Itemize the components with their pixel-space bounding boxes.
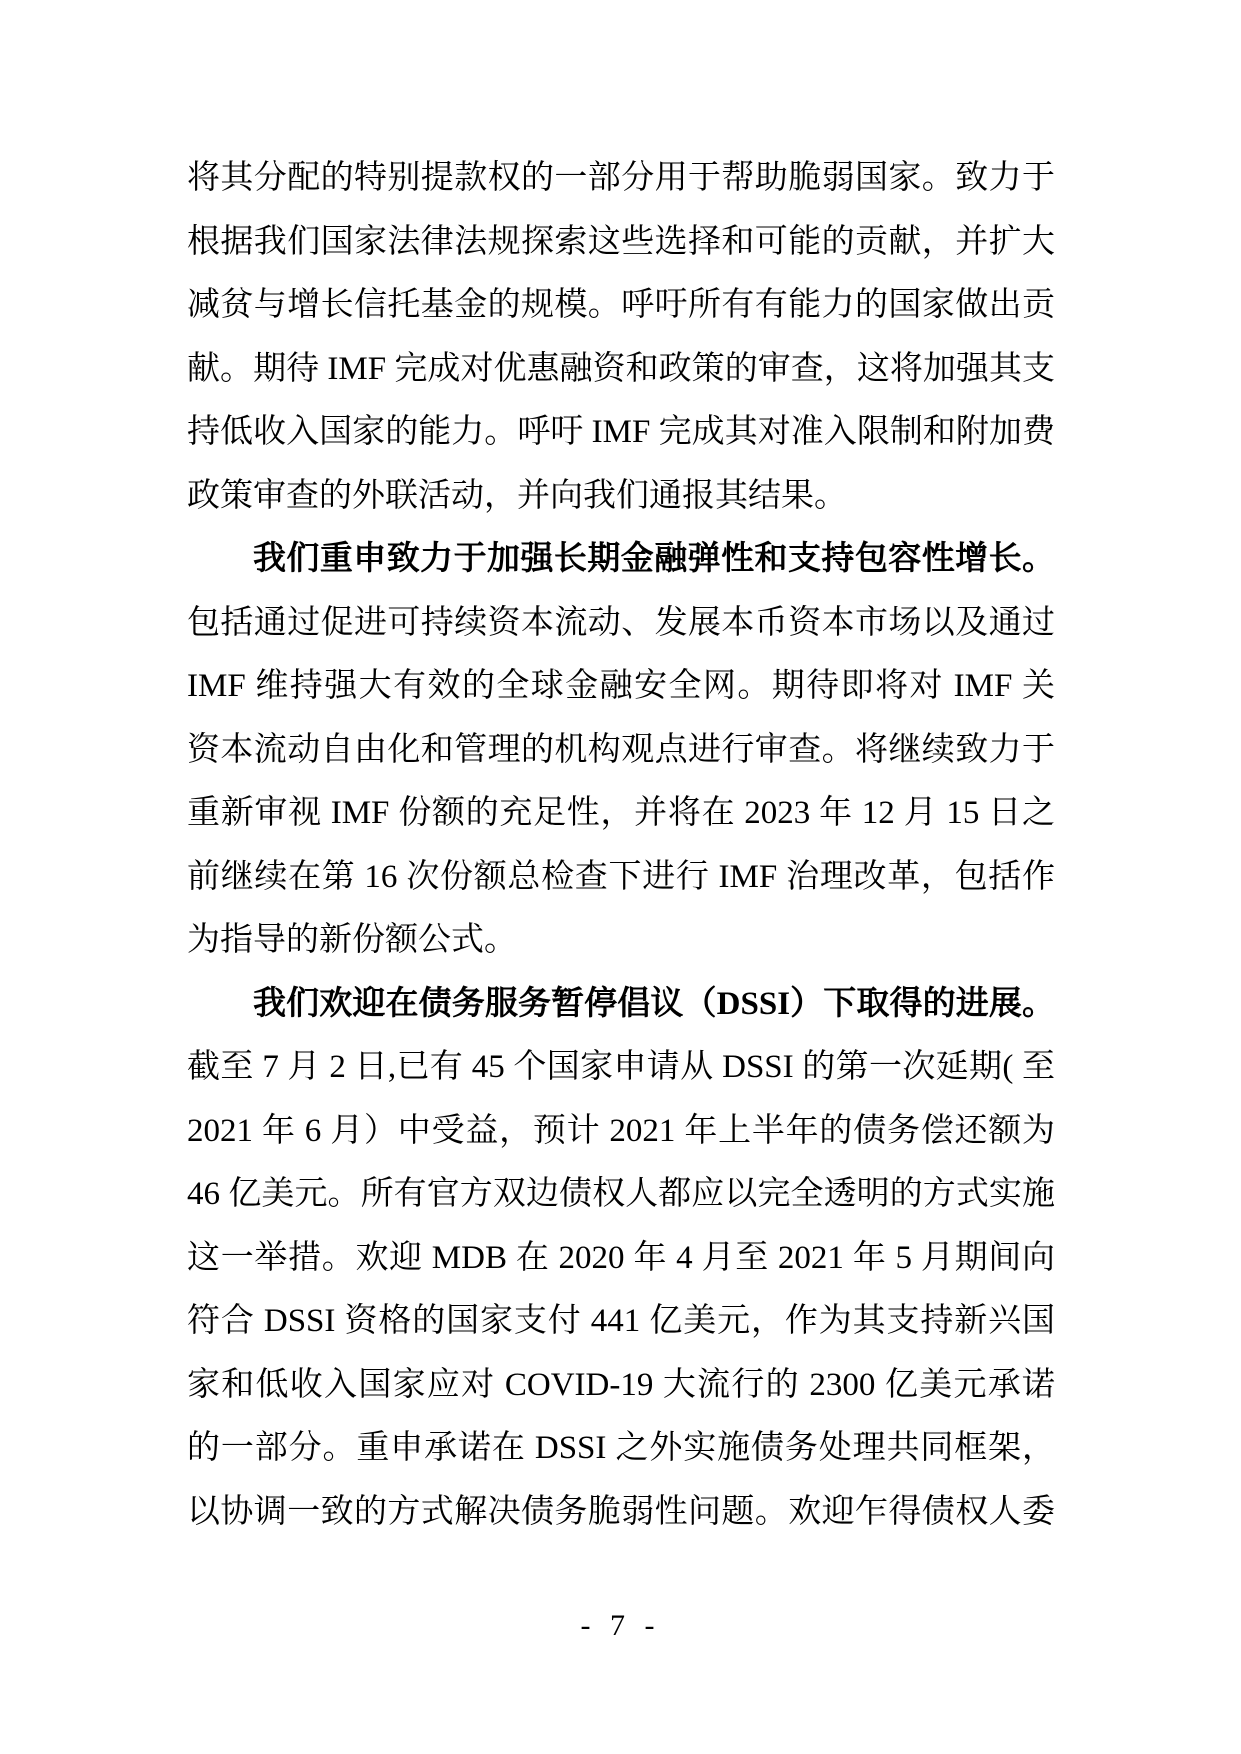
text-line-paragraph-end: 政策审查的外联活动，并向我们通报其结果。: [187, 465, 1055, 529]
document-page: 将其分配的特别提款权的一部分用于帮助脆弱国家。致力于 根据我们国家法律法规探索这…: [0, 0, 1241, 1754]
text-line: IMF 维持强大有效的全球金融安全网。期待即将对 IMF 关于: [187, 655, 1055, 719]
text-line: 家和低收入国家应对 COVID-19 大流行的 2300 亿美元承诺: [187, 1354, 1055, 1418]
page-number: - 7 -: [581, 1609, 661, 1642]
page-footer: - 7 -: [0, 1606, 1241, 1646]
text-line: 将其分配的特别提款权的一部分用于帮助脆弱国家。致力于: [187, 147, 1055, 211]
text-line: 以协调一致的方式解决债务脆弱性问题。欢迎乍得债权人委: [187, 1481, 1055, 1545]
paragraph-lead-sentence: 我们重申致力于加强长期金融弹性和支持包容性增长。: [187, 528, 1055, 592]
text-line: 截至 7 月 2 日,已有 45 个国家申请从 DSSI 的第一次延期( 至: [187, 1036, 1055, 1100]
document-body: 将其分配的特别提款权的一部分用于帮助脆弱国家。致力于 根据我们国家法律法规探索这…: [187, 147, 1055, 1544]
text-line: 符合 DSSI 资格的国家支付 441 亿美元，作为其支持新兴国: [187, 1290, 1055, 1354]
text-line: 46 亿美元。所有官方双边债权人都应以完全透明的方式实施: [187, 1163, 1055, 1227]
text-line: 包括通过促进可持续资本流动、发展本币资本市场以及通过: [187, 592, 1055, 656]
text-line: 前继续在第 16 次份额总检查下进行 IMF 治理改革，包括作: [187, 846, 1055, 910]
text-line: 献。期待 IMF 完成对优惠融资和政策的审查，这将加强其支: [187, 338, 1055, 402]
text-line: 重新审视 IMF 份额的充足性，并将在 2023 年 12 月 15 日之: [187, 782, 1055, 846]
text-line: 减贫与增长信托基金的规模。呼吁所有有能力的国家做出贡: [187, 274, 1055, 338]
text-line: 这一举措。欢迎 MDB 在 2020 年 4 月至 2021 年 5 月期间向: [187, 1227, 1055, 1291]
text-line: 资本流动自由化和管理的机构观点进行审查。将继续致力于: [187, 719, 1055, 783]
paragraph-lead-sentence: 我们欢迎在债务服务暂停倡议（DSSI）下取得的进展。: [187, 973, 1055, 1037]
text-line: 的一部分。重申承诺在 DSSI 之外实施债务处理共同框架，: [187, 1417, 1055, 1481]
text-line: 持低收入国家的能力。呼吁 IMF 完成其对准入限制和附加费: [187, 401, 1055, 465]
text-line: 2021 年 6 月）中受益，预计 2021 年上半年的债务偿还额为: [187, 1100, 1055, 1164]
text-line-paragraph-end: 为指导的新份额公式。: [187, 909, 1055, 973]
text-line: 根据我们国家法律法规探索这些选择和可能的贡献，并扩大: [187, 211, 1055, 275]
